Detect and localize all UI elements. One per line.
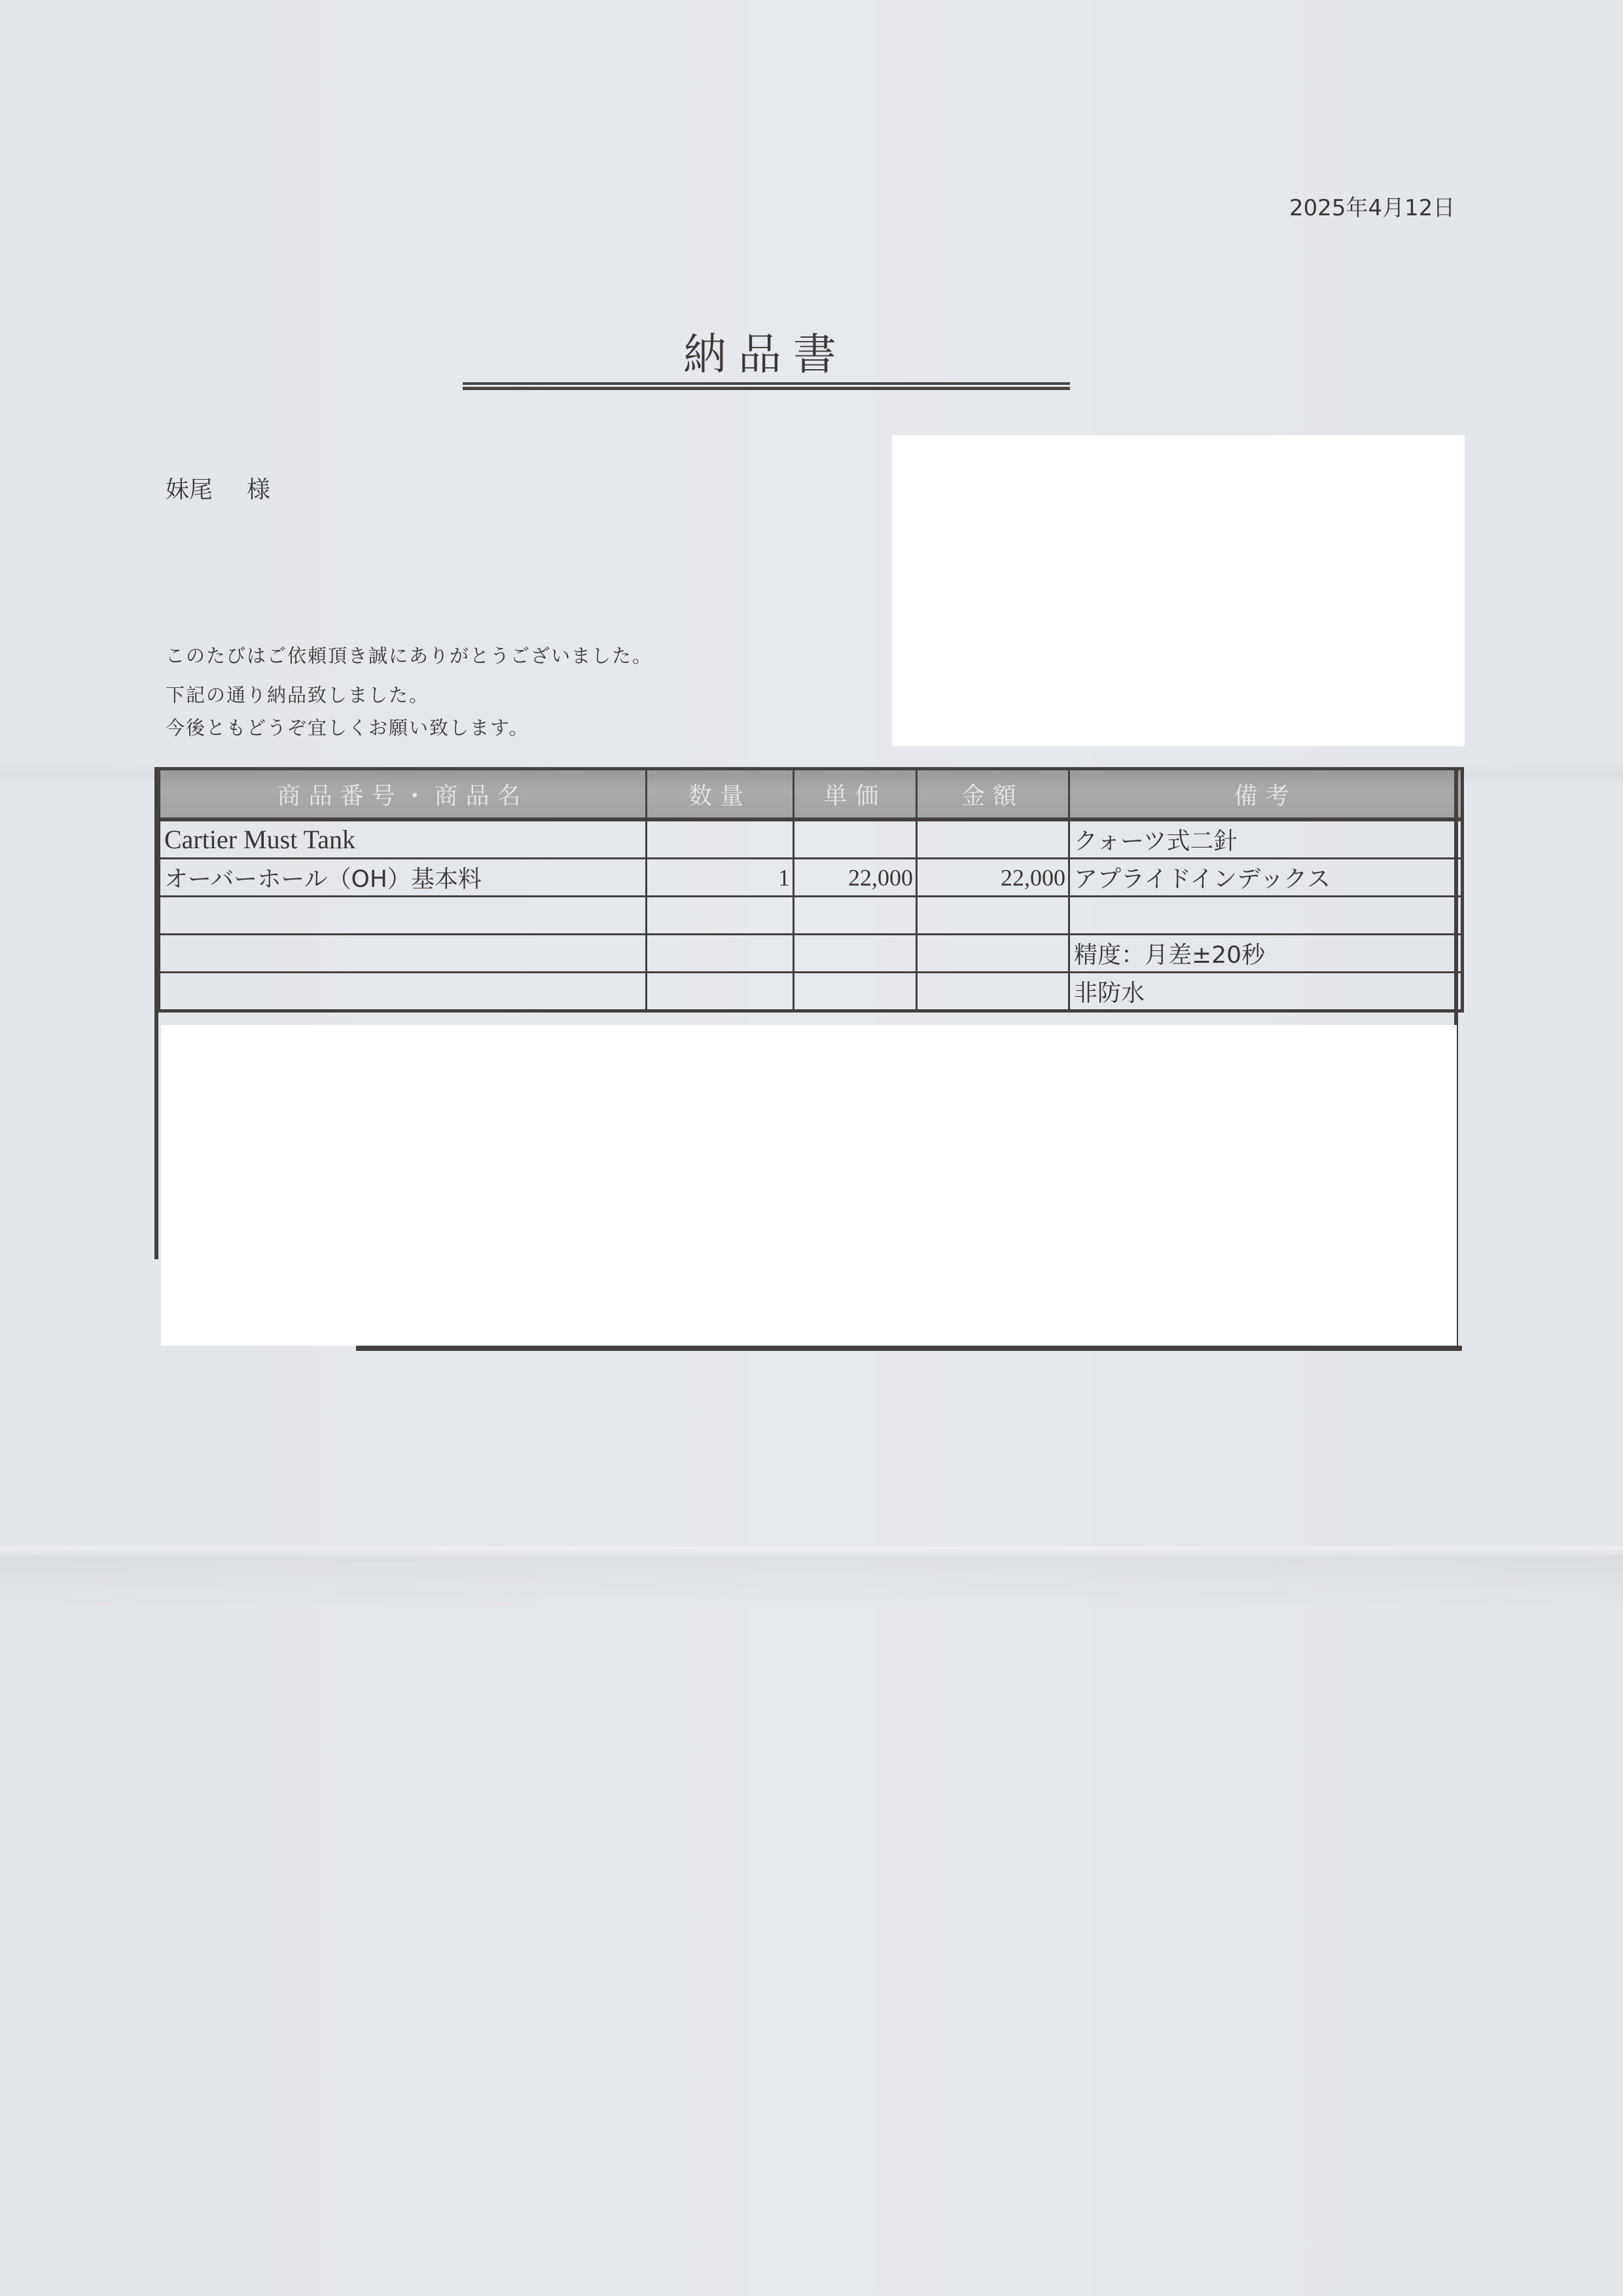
cell-unit-price: 22,000	[794, 859, 917, 897]
table-row	[159, 897, 1463, 935]
message-line-3: 今後ともどうぞ宜しくお願い致します。	[166, 713, 529, 740]
cell-quantity	[647, 897, 794, 935]
cell-amount	[917, 973, 1069, 1011]
cell-amount	[917, 897, 1069, 935]
cell-unit-price	[794, 973, 917, 1011]
cell-item	[159, 973, 647, 1011]
table-row: 精度：月差±20秒	[159, 935, 1463, 973]
cell-amount: 22,000	[917, 859, 1069, 897]
cell-remarks: 非防水	[1069, 973, 1463, 1011]
cell-remarks: 精度：月差±20秒	[1069, 935, 1463, 973]
redacted-table-section	[161, 1025, 1457, 1346]
cell-unit-price	[794, 897, 917, 935]
cell-unit-price	[794, 935, 917, 973]
issue-date: 2025年4月12日	[1289, 190, 1455, 222]
header-remarks: 備考	[1069, 769, 1463, 820]
items-table: 商品番号・商品名 数量 単価 金額 備考 Cartier Must Tank ク…	[157, 767, 1464, 1013]
header-quantity: 数量	[647, 769, 794, 820]
cell-remarks: クォーツ式二針	[1069, 819, 1463, 859]
message-line-1: このたびはご依頼頂き誠にありがとうございました。	[166, 641, 652, 668]
cell-item	[159, 897, 647, 935]
cell-amount	[917, 935, 1069, 973]
cell-item: オーバーホール（OH）基本料	[159, 859, 647, 897]
message-line-2: 下記の通り納品致しました。	[166, 681, 429, 708]
recipient: 妹尾様	[166, 471, 270, 505]
table-bottom-border	[356, 1346, 1462, 1351]
cell-item: Cartier Must Tank	[159, 819, 647, 859]
cell-quantity	[647, 819, 794, 859]
header-unit-price: 単価	[794, 769, 917, 820]
recipient-honorific: 様	[247, 476, 270, 503]
cell-unit-price	[794, 819, 917, 859]
cell-quantity	[647, 973, 794, 1011]
table-header-row: 商品番号・商品名 数量 単価 金額 備考	[159, 769, 1463, 820]
table-row: Cartier Must Tank クォーツ式二針	[159, 819, 1463, 859]
cell-quantity: 1	[647, 859, 794, 897]
recipient-name: 妹尾	[166, 476, 213, 503]
cell-remarks	[1069, 897, 1463, 935]
document-title: 納品書	[463, 319, 1068, 382]
table-row: 非防水	[159, 973, 1463, 1011]
title-underline-second	[463, 387, 1070, 390]
title-underline	[463, 382, 1070, 385]
cell-remarks: アプライドインデックス	[1069, 859, 1463, 897]
cell-quantity	[647, 935, 794, 973]
table-row: オーバーホール（OH）基本料 1 22,000 22,000 アプライドインデッ…	[159, 859, 1463, 897]
redacted-issuer-block	[892, 435, 1465, 746]
header-item: 商品番号・商品名	[159, 769, 647, 820]
cell-amount	[917, 819, 1069, 859]
cell-item	[159, 935, 647, 973]
table-left-border	[154, 767, 158, 1259]
header-amount: 金額	[917, 769, 1069, 820]
